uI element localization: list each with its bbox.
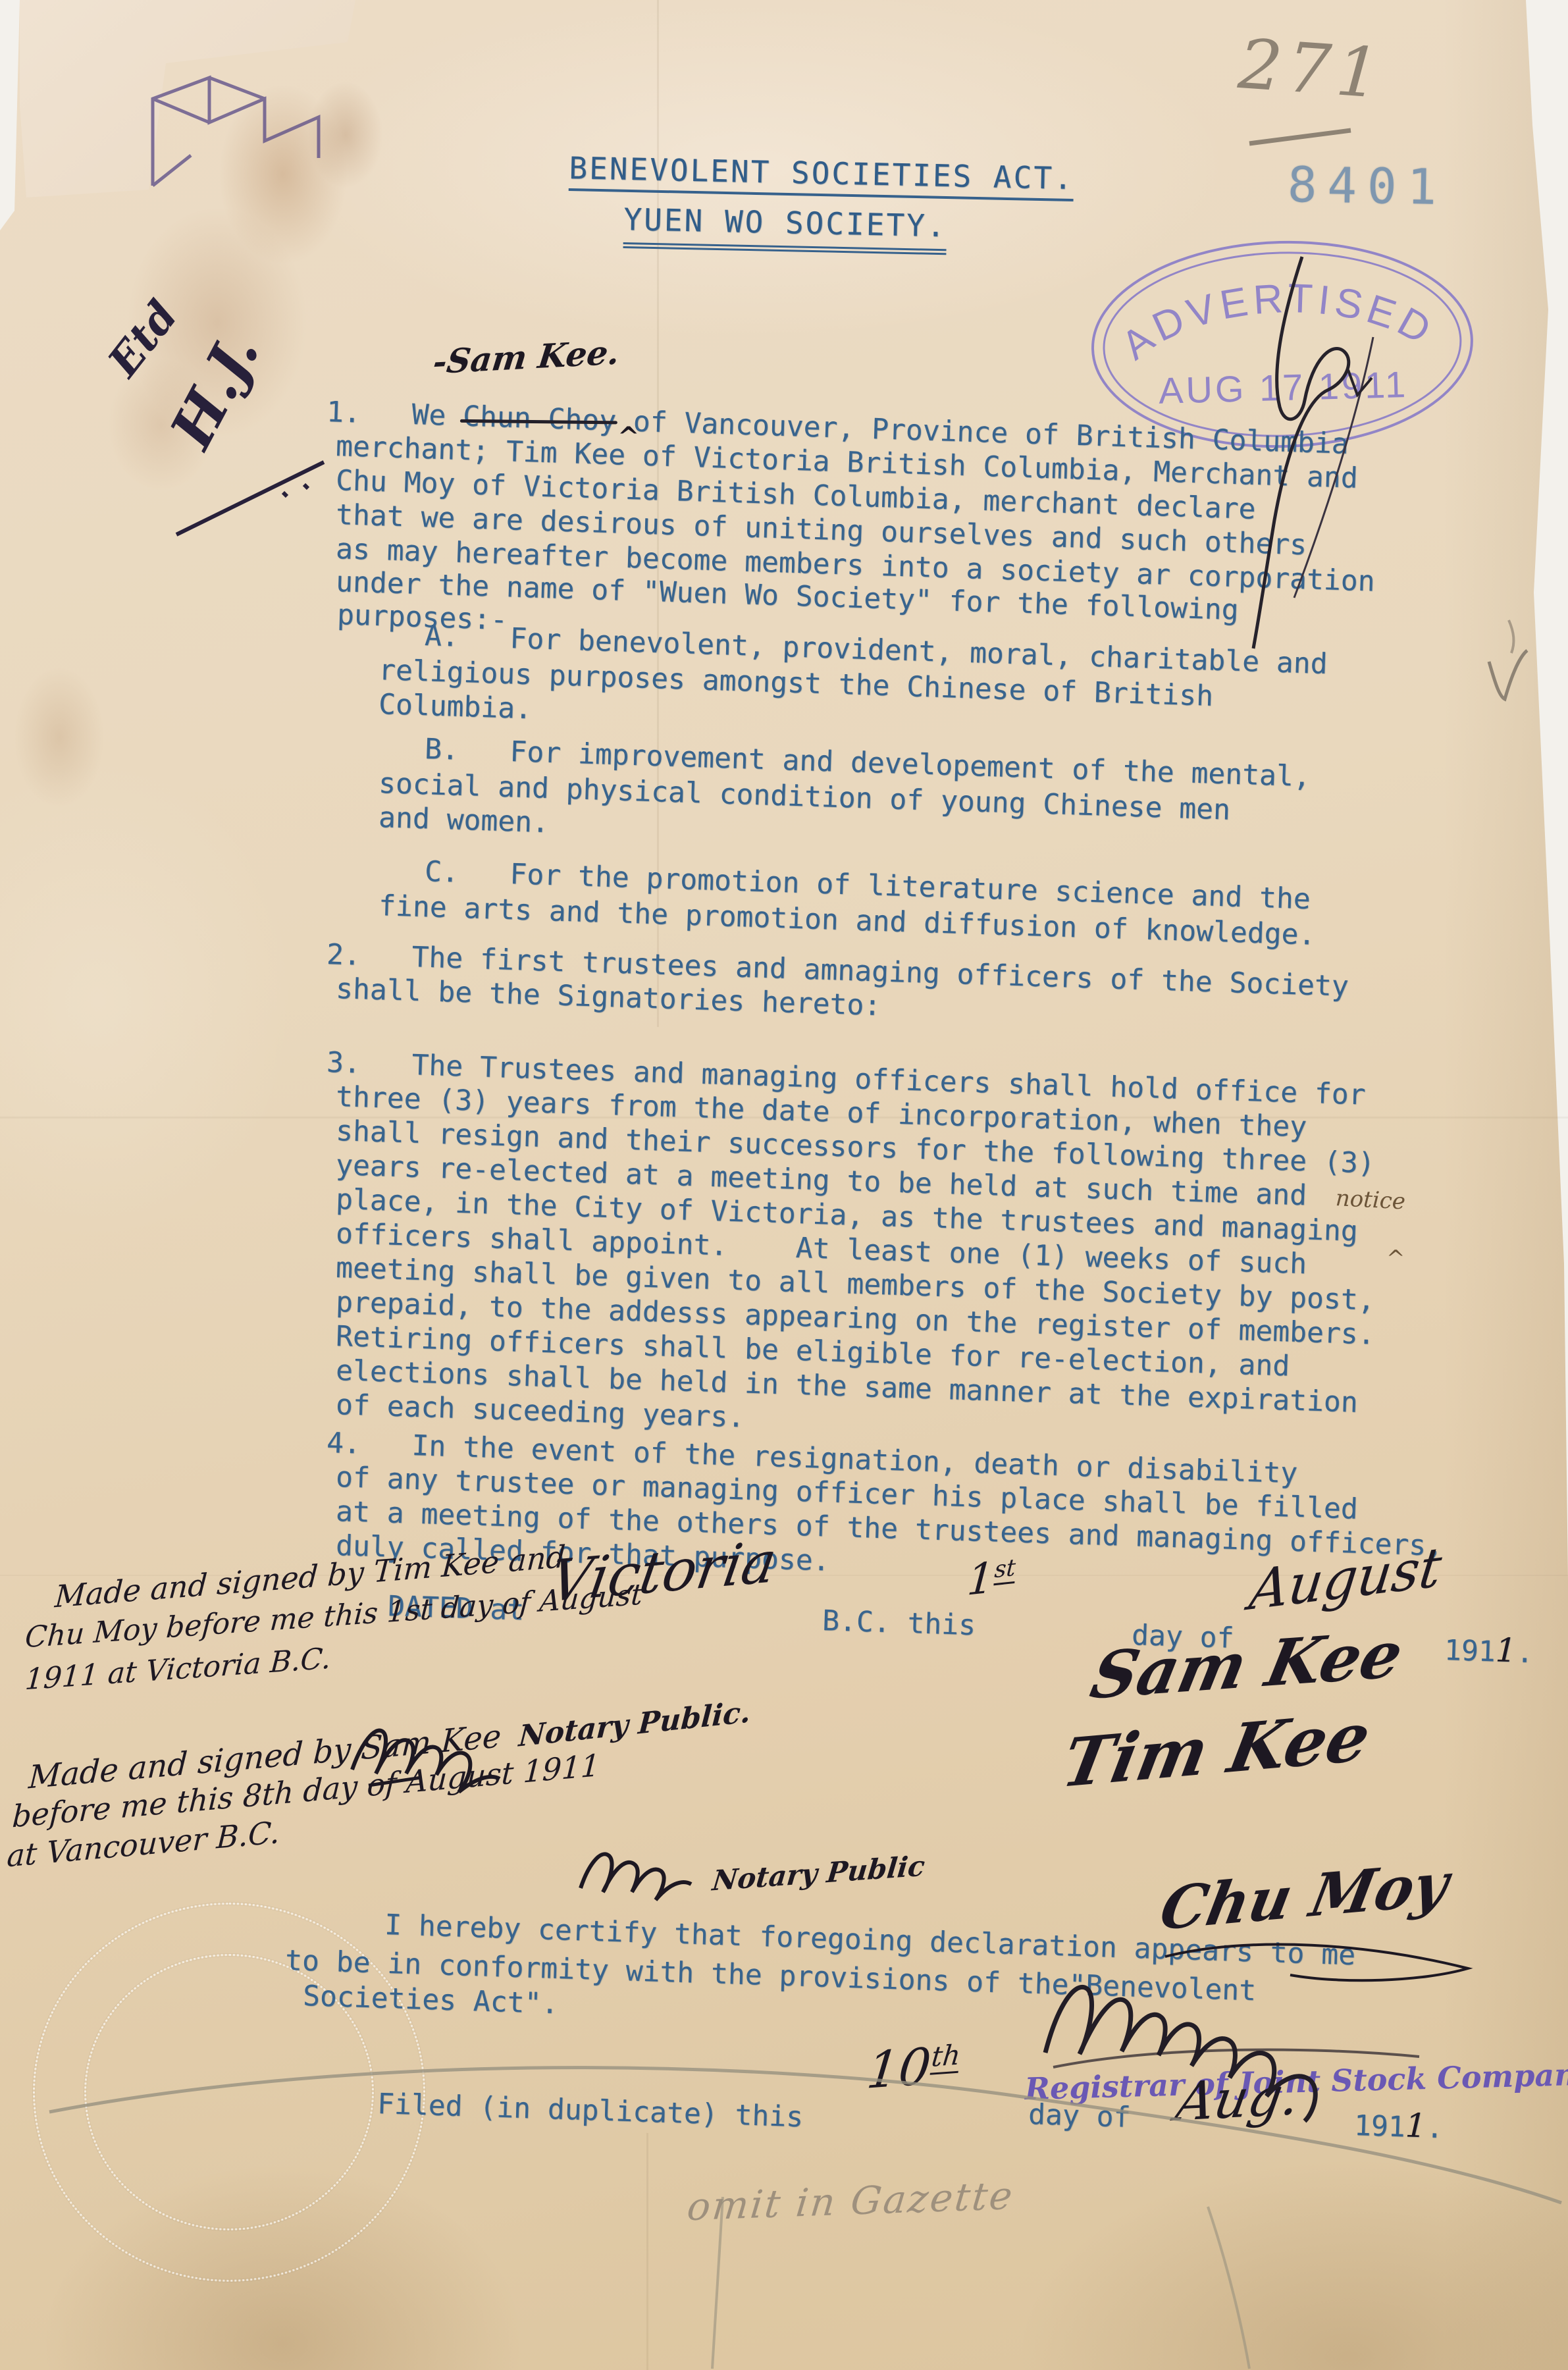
handwritten-day: 1st <box>966 1551 1017 1606</box>
filed-year: 1911. <box>1353 2107 1444 2146</box>
heading-society: YUEN WO SOCIETY. <box>623 201 947 244</box>
advertised-stamp-arc-text: ADVERTISED <box>1112 272 1443 369</box>
handwritten-filed-month: Aug. <box>1172 2065 1304 2133</box>
pencil-ref-number: 271 <box>1236 24 1387 114</box>
dated-bc-this: B.C. this <box>822 1604 976 1643</box>
heading-society-text: YUEN WO SOCIETY. <box>623 201 947 255</box>
handwritten-year-digit: 1 <box>1495 1631 1517 1670</box>
paraA-line3: Columbia. <box>378 687 533 726</box>
handwritten-insert-notice: notice <box>1335 1185 1406 1215</box>
file-number-stamp: 8401 <box>1287 157 1448 216</box>
handwritten-filed-year-digit: 1 <box>1405 2106 1427 2145</box>
vertical-crease-2 <box>646 2133 648 2370</box>
filed-day-of: day of <box>1028 2097 1131 2135</box>
notice-caret: ^ <box>1386 1246 1405 1272</box>
document-scan: 271 8401 ADVERTISED AUG 17 1911 BENEVOLE… <box>0 0 1568 2370</box>
advertised-stamp-date: AUG 17 1911 <box>1158 363 1409 411</box>
dated-year: 1911. <box>1444 1631 1534 1670</box>
handwritten-filed-day: 10th <box>864 2034 963 2100</box>
struck-chun-choy: Chun Choy <box>462 400 616 438</box>
paraB-line3: and women. <box>378 801 549 840</box>
